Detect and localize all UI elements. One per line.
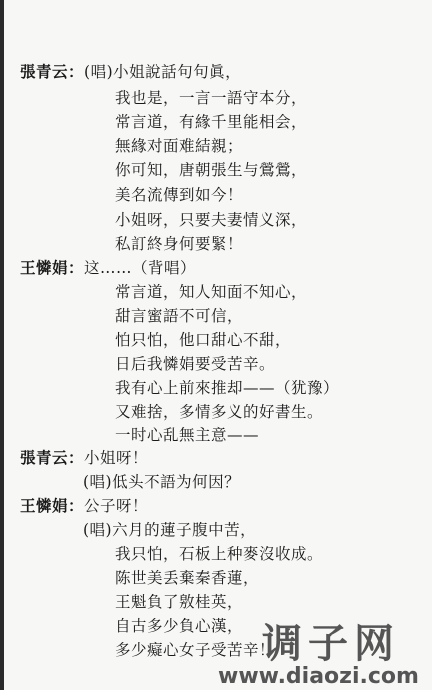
script-line: 自古多少負心漢， (115, 616, 243, 636)
line-text: 無緣对面难結親； (115, 137, 243, 155)
script-line: 無緣对面难結親； (115, 136, 243, 156)
script-line: 私訂終身何要緊！ (115, 234, 243, 254)
script-line: 多少癡心女子受苦辛！ (115, 640, 275, 660)
line-text: 我有心上前來推却——（犹豫） (115, 379, 339, 397)
line-text: 我也是，一言一語守本分， (115, 89, 307, 107)
script-line: 你可知，唐朝張生与鶯鶯， (115, 160, 307, 180)
line-text: 公子呀！ (84, 497, 148, 515)
script-line: 怕只怕，他口甜心不甜， (115, 330, 291, 350)
script-line: 甜言蜜語不可信， (115, 306, 243, 326)
speaker-name: 王憐娟： (20, 258, 84, 277)
script-line: 常言道，有緣千里能相会， (115, 112, 307, 132)
script-line: 一时心乱無主意—— (115, 425, 259, 445)
script-line: 美名流傳到如今！ (115, 185, 243, 205)
script-line: 張青云：小姐呀！ (20, 448, 148, 468)
line-text: (唱)小姐說話句句眞， (84, 63, 241, 81)
speaker-name: 張青云： (20, 62, 84, 81)
script-line: 張青云：(唱)小姐說話句句眞， (20, 62, 241, 82)
line-text: 一时心乱無主意—— (115, 426, 259, 444)
watermark-title: 调子网 (262, 612, 400, 669)
script-line: 日后我憐娟要受苦辛。 (115, 354, 275, 374)
line-text: 美名流傳到如今！ (115, 186, 243, 204)
line-text: 我只怕，石板上种麥沒收成。 (115, 545, 323, 563)
line-text: (唱)低头不語为何因？ (83, 473, 240, 491)
script-line: 小姐呀，只要夫妻情义深， (115, 210, 307, 230)
line-text: 小姐呀！ (84, 449, 148, 467)
line-text: 你可知，唐朝張生与鶯鶯， (115, 161, 307, 179)
line-text: 陈世美丢棄秦香蓮， (115, 569, 259, 587)
line-text: (唱)六月的蓮子腹中苦， (83, 521, 256, 539)
line-text: 常言道，有緣千里能相会， (115, 113, 307, 131)
script-line: 常言道，知人知面不知心， (115, 282, 307, 302)
line-text: 甜言蜜語不可信， (115, 307, 243, 325)
line-text: 王魁負了敫桂英， (115, 593, 243, 611)
script-line: 陈世美丢棄秦香蓮， (115, 568, 259, 588)
script-line: 王憐娟：公子呀！ (20, 496, 148, 516)
script-line: (唱)低头不語为何因？ (83, 472, 240, 492)
script-line: 王魁負了敫桂英， (115, 592, 243, 612)
script-line: 王憐娟：这……（背唱） (20, 258, 196, 278)
watermark-url: www.diaozi.com (218, 664, 419, 689)
speaker-name: 張青云： (20, 448, 84, 467)
script-line: (唱)六月的蓮子腹中苦， (83, 520, 256, 540)
line-text: 常言道，知人知面不知心， (115, 283, 307, 301)
script-line: 我也是，一言一語守本分， (115, 88, 307, 108)
line-text: 多少癡心女子受苦辛！ (115, 641, 275, 659)
line-text: 小姐呀，只要夫妻情义深， (115, 211, 307, 229)
line-text: 怕只怕，他口甜心不甜， (115, 331, 291, 349)
script-line: 我只怕，石板上种麥沒收成。 (115, 544, 323, 564)
line-text: 私訂終身何要緊！ (115, 235, 243, 253)
script-line: 又难捨，多情多义的好書生。 (115, 402, 323, 422)
speaker-name: 王憐娟： (20, 496, 84, 515)
line-text: 这……（背唱） (84, 259, 196, 277)
line-text: 自古多少負心漢， (115, 617, 243, 635)
script-line: 我有心上前來推却——（犹豫） (115, 378, 339, 398)
line-text: 又难捨，多情多义的好書生。 (115, 403, 323, 421)
script-page: 張青云：(唱)小姐說話句句眞，我也是，一言一語守本分，常言道，有緣千里能相会，無… (0, 0, 432, 690)
line-text: 日后我憐娟要受苦辛。 (115, 355, 275, 373)
